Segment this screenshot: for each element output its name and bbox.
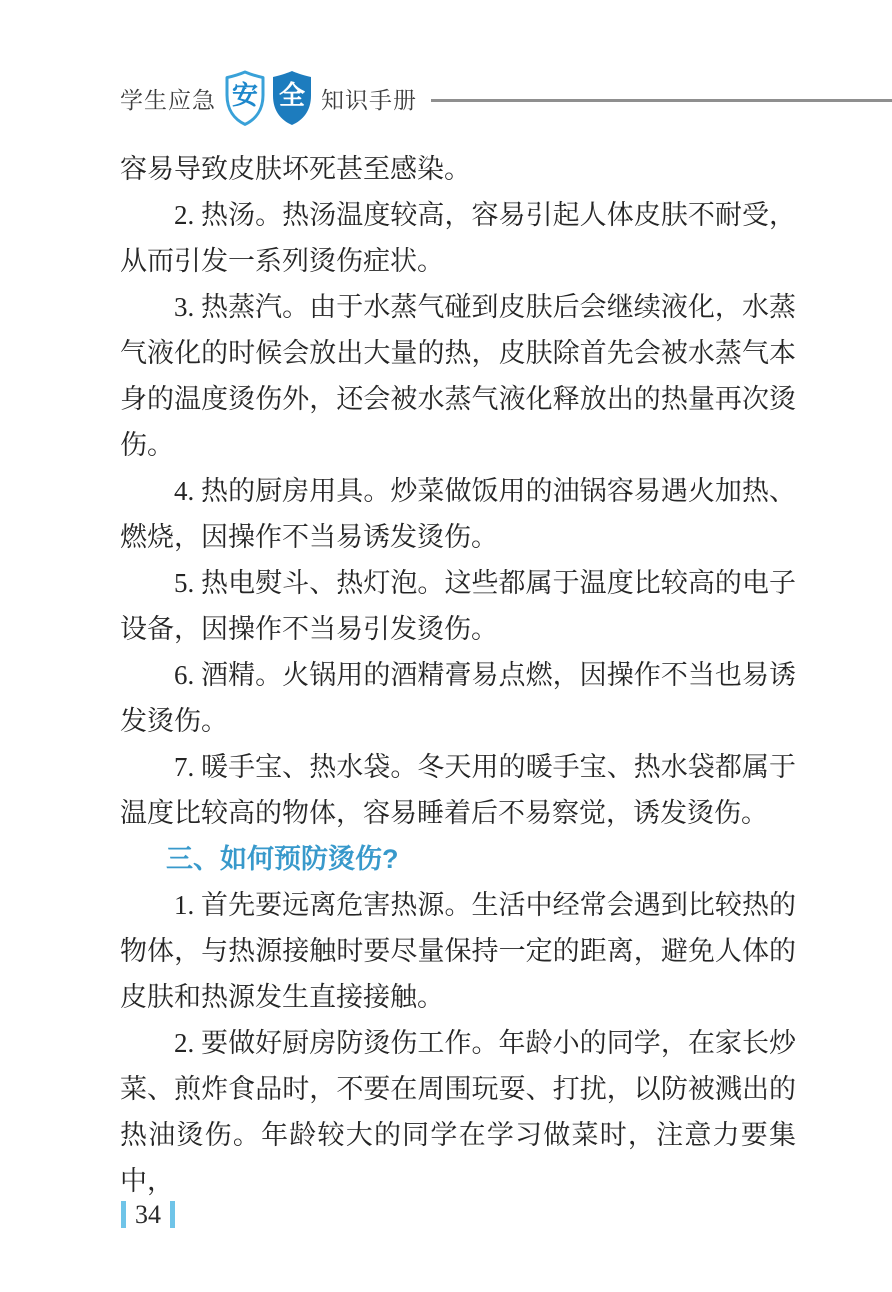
page-number-bar-left — [121, 1201, 126, 1228]
page-number-bar-right — [170, 1201, 175, 1228]
section-heading: 三、如何预防烫伤? — [120, 836, 796, 882]
page-body: 容易导致皮肤坏死甚至感染。 2. 热汤。热汤温度较高，容易引起人体皮肤不耐受，从… — [120, 146, 796, 1204]
body-paragraph: 4. 热的厨房用具。炒菜做饭用的油锅容易遇火加热、燃烧，因操作不当易诱发烫伤。 — [120, 468, 796, 560]
body-paragraph: 1. 首先要远离危害热源。生活中经常会遇到比较热的物体，与热源接触时要尽量保持一… — [120, 882, 796, 1020]
shield-quan-char: 全 — [270, 69, 314, 121]
page-header: 学生应急 安 全 知识手册 — [120, 66, 892, 130]
page-number: 34 — [135, 1201, 161, 1228]
safety-logo: 安 全 — [223, 69, 314, 127]
shield-outline-badge: 安 — [223, 69, 267, 127]
page-footer: 34 — [121, 1201, 175, 1228]
body-paragraph: 容易导致皮肤坏死甚至感染。 — [120, 146, 796, 192]
body-paragraph: 2. 热汤。热汤温度较高，容易引起人体皮肤不耐受，从而引发一系列烫伤症状。 — [120, 192, 796, 284]
body-paragraph: 6. 酒精。火锅用的酒精膏易点燃，因操作不当也易诱发烫伤。 — [120, 652, 796, 744]
handbook-page: 学生应急 安 全 知识手册 容易导致皮肤坏死甚至感染。 2. 热汤。热汤温度较高… — [0, 0, 892, 1292]
body-paragraph: 7. 暖手宝、热水袋。冬天用的暖手宝、热水袋都属于温度比较高的物体，容易睡着后不… — [120, 744, 796, 836]
shield-filled-badge: 全 — [270, 69, 314, 127]
brand-text-suffix: 知识手册 — [321, 82, 417, 115]
shield-an-char: 安 — [223, 69, 267, 121]
header-rule — [431, 99, 892, 102]
body-paragraph: 2. 要做好厨房防烫伤工作。年龄小的同学，在家长炒菜、煎炸食品时，不要在周围玩耍… — [120, 1020, 796, 1204]
body-paragraph: 5. 热电熨斗、热灯泡。这些都属于温度比较高的电子设备，因操作不当易引发烫伤。 — [120, 560, 796, 652]
brand-text-prefix: 学生应急 — [120, 82, 216, 115]
body-paragraph: 3. 热蒸汽。由于水蒸气碰到皮肤后会继续液化，水蒸气液化的时候会放出大量的热，皮… — [120, 284, 796, 468]
